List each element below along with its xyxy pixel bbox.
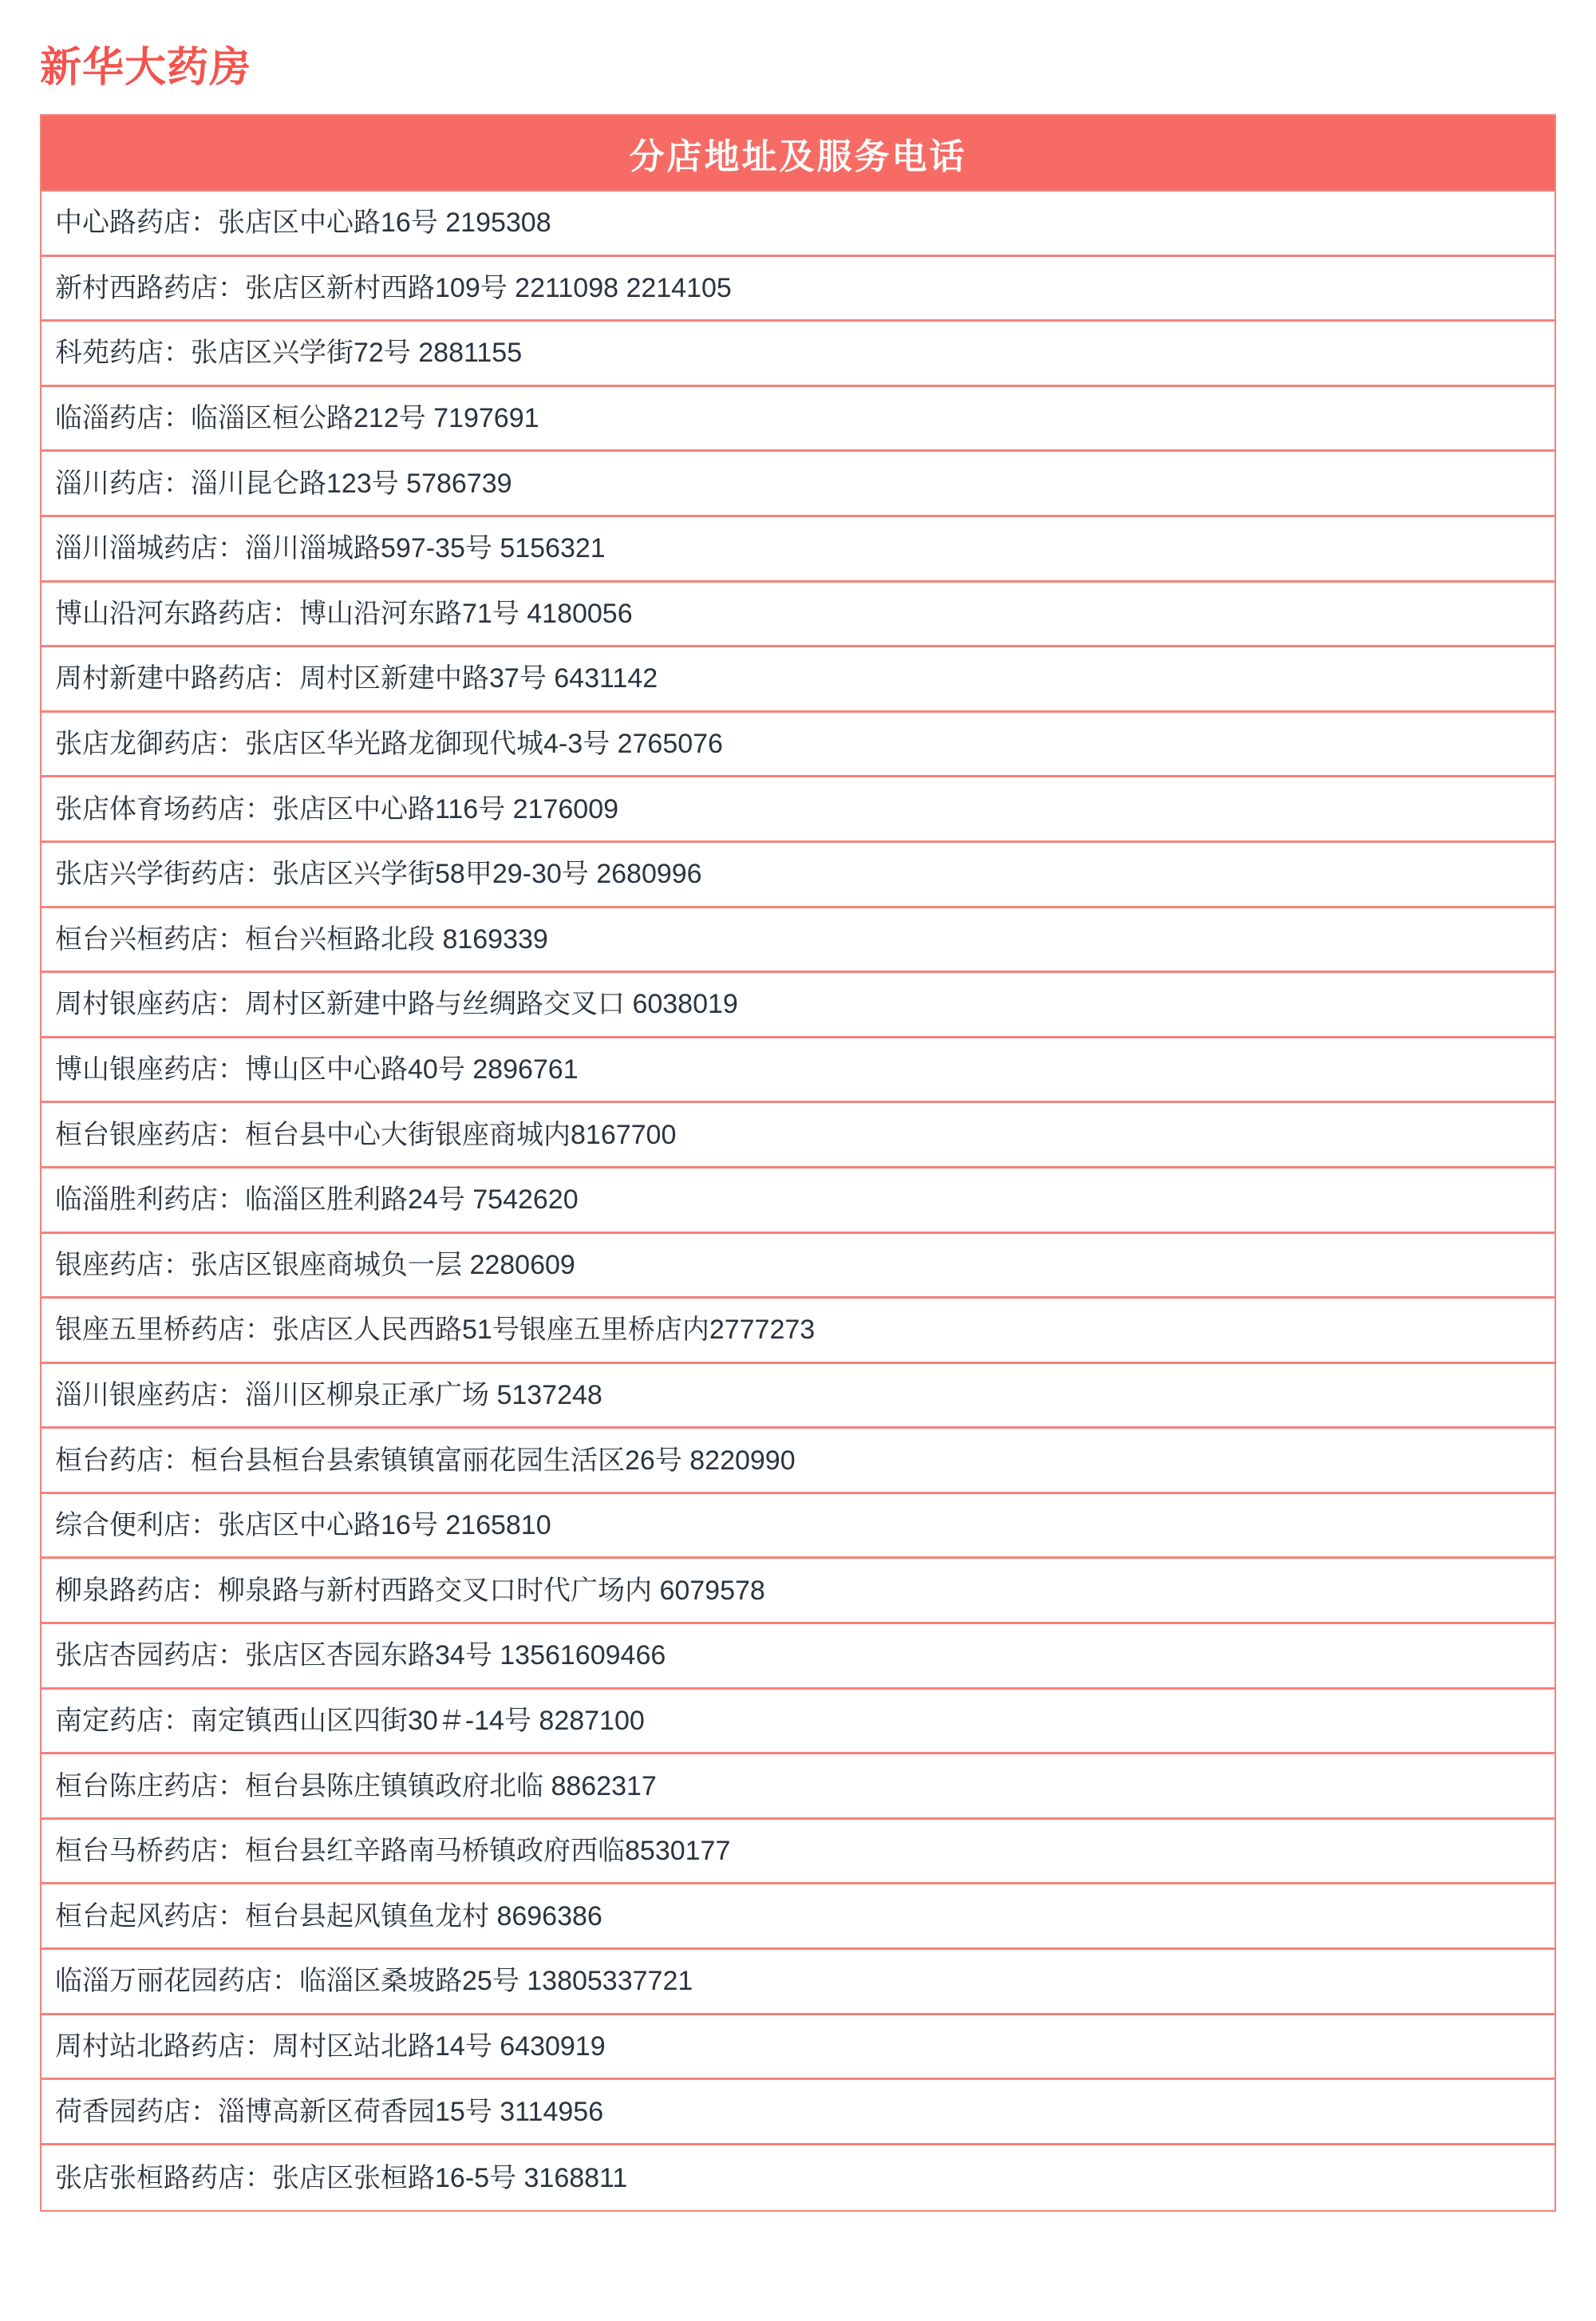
- store-row: 临淄药店：临淄区桓公路212号 7197691: [41, 387, 1555, 453]
- store-row: 周村站北路药店：周村区站北路14号 6430919: [41, 2015, 1555, 2081]
- store-row: 张店兴学街药店：张店区兴学街58甲29-30号 2680996: [41, 843, 1555, 908]
- store-row: 桓台兴桓药店：桓台兴桓路北段 8169339: [41, 908, 1555, 974]
- store-row: 柳泉路药店：柳泉路与新村西路交叉口时代广场内 6079578: [41, 1559, 1555, 1624]
- store-row-text: 淄川银座药店：淄川区柳泉正承广场 5137248: [55, 1378, 602, 1413]
- store-row-text: 桓台起风药店：桓台县起风镇鱼龙村 8696386: [55, 1899, 602, 1934]
- store-row: 博山银座药店：博山区中心路40号 2896761: [41, 1038, 1555, 1104]
- store-row-text: 科苑药店：张店区兴学街72号 2881155: [55, 335, 522, 370]
- store-row: 张店龙御药店：张店区华光路龙御现代城4-3号 2765076: [41, 713, 1555, 778]
- store-row: 周村银座药店：周村区新建中路与丝绸路交叉口 6038019: [41, 973, 1555, 1038]
- store-row: 博山沿河东路药店：博山沿河东路71号 4180056: [41, 583, 1555, 648]
- store-row-text: 银座五里桥药店：张店区人民西路51号银座五里桥店内2777273: [55, 1312, 815, 1347]
- store-row-text: 桓台陈庄药店：桓台县陈庄镇镇政府北临 8862317: [55, 1769, 657, 1804]
- store-row-text: 新村西路药店：张店区新村西路109号 2211098 2214105: [55, 271, 732, 306]
- store-row-text: 桓台药店：桓台县桓台县索镇镇富丽花园生活区26号 8220990: [55, 1443, 796, 1478]
- store-row: 中心路药店：张店区中心路16号 2195308: [41, 192, 1555, 257]
- store-row-text: 张店张桓路药店：张店区张桓路16-5号 3168811: [55, 2161, 627, 2196]
- store-row-text: 淄川药店：淄川昆仑路123号 5786739: [55, 466, 512, 501]
- store-row: 张店体育场药店：张店区中心路116号 2176009: [41, 777, 1555, 843]
- store-row: 银座药店：张店区银座商城负一层 2280609: [41, 1234, 1555, 1299]
- store-row: 荷香园药店：淄博高新区荷香园15号 3114956: [41, 2080, 1555, 2145]
- store-row: 张店张桓路药店：张店区张桓路16-5号 3168811: [41, 2145, 1555, 2211]
- table-header-banner: 分店地址及服务电话: [41, 116, 1555, 192]
- store-row-text: 张店杏园药店：张店区杏园东路34号 13561609466: [55, 1638, 666, 1673]
- store-row-text: 淄川淄城药店：淄川淄城路597-35号 5156321: [55, 531, 606, 566]
- store-row: 临淄万丽花园药店：临淄区桑坡路25号 13805337721: [41, 1950, 1555, 2015]
- store-row-text: 柳泉路药店：柳泉路与新村西路交叉口时代广场内 6079578: [55, 1573, 765, 1608]
- store-row-text: 临淄胜利药店：临淄区胜利路24号 7542620: [55, 1182, 579, 1217]
- store-row: 新村西路药店：张店区新村西路109号 2211098 2214105: [41, 257, 1555, 322]
- store-row-text: 桓台兴桓药店：桓台兴桓路北段 8169339: [55, 922, 548, 957]
- store-row: 周村新建中路药店：周村区新建中路37号 6431142: [41, 647, 1555, 713]
- store-row: 桓台起风药店：桓台县起风镇鱼龙村 8696386: [41, 1884, 1555, 1950]
- store-row-text: 周村站北路药店：周村区站北路14号 6430919: [55, 2029, 606, 2064]
- store-row-text: 临淄万丽花园药店：临淄区桑坡路25号 13805337721: [55, 1963, 693, 1999]
- store-row-text: 临淄药店：临淄区桓公路212号 7197691: [55, 401, 539, 436]
- table-header-title: 分店地址及服务电话: [630, 128, 967, 179]
- store-row-text: 荷香园药店：淄博高新区荷香园15号 3114956: [55, 2094, 603, 2129]
- store-row-text: 张店龙御药店：张店区华光路龙御现代城4-3号 2765076: [55, 726, 723, 761]
- store-row: 银座五里桥药店：张店区人民西路51号银座五里桥店内2777273: [41, 1299, 1555, 1364]
- store-row: 桓台药店：桓台县桓台县索镇镇富丽花园生活区26号 8220990: [41, 1429, 1555, 1494]
- page-title: 新华大药房: [40, 45, 1556, 90]
- store-row: 淄川银座药店：淄川区柳泉正承广场 5137248: [41, 1364, 1555, 1429]
- store-row: 张店杏园药店：张店区杏园东路34号 13561609466: [41, 1624, 1555, 1690]
- store-row: 淄川淄城药店：淄川淄城路597-35号 5156321: [41, 517, 1555, 583]
- store-row-text: 桓台马桥药店：桓台县红辛路南马桥镇政府西临8530177: [55, 1833, 730, 1868]
- store-row-text: 周村新建中路药店：周村区新建中路37号 6431142: [55, 661, 658, 696]
- store-row: 桓台银座药店：桓台县中心大街银座商城内8167700: [41, 1103, 1555, 1168]
- store-row-text: 周村银座药店：周村区新建中路与丝绸路交叉口 6038019: [55, 987, 738, 1022]
- store-row-text: 中心路药店：张店区中心路16号 2195308: [55, 205, 551, 240]
- store-row-text: 张店兴学街药店：张店区兴学街58甲29-30号 2680996: [55, 856, 702, 892]
- store-row: 科苑药店：张店区兴学街72号 2881155: [41, 322, 1555, 387]
- store-row: 南定药店：南定镇西山区四街30＃-14号 8287100: [41, 1690, 1555, 1755]
- store-row-text: 博山银座药店：博山区中心路40号 2896761: [55, 1052, 579, 1087]
- store-row-text: 博山沿河东路药店：博山沿河东路71号 4180056: [55, 596, 633, 631]
- store-row: 桓台陈庄药店：桓台县陈庄镇镇政府北临 8862317: [41, 1754, 1555, 1820]
- store-row: 桓台马桥药店：桓台县红辛路南马桥镇政府西临8530177: [41, 1820, 1555, 1885]
- store-row-text: 南定药店：南定镇西山区四街30＃-14号 8287100: [55, 1703, 645, 1738]
- store-row: 临淄胜利药店：临淄区胜利路24号 7542620: [41, 1168, 1555, 1234]
- store-row-text: 综合便利店：张店区中心路16号 2165810: [55, 1508, 551, 1543]
- store-row-text: 银座药店：张店区银座商城负一层 2280609: [55, 1247, 575, 1283]
- store-row: 淄川药店：淄川昆仑路123号 5786739: [41, 452, 1555, 517]
- store-row: 综合便利店：张店区中心路16号 2165810: [41, 1494, 1555, 1560]
- store-row-text: 张店体育场药店：张店区中心路116号 2176009: [55, 792, 618, 827]
- branch-address-table: 分店地址及服务电话 中心路药店：张店区中心路16号 2195308 新村西路药店…: [40, 114, 1556, 2212]
- store-row-list: 中心路药店：张店区中心路16号 2195308 新村西路药店：张店区新村西路10…: [41, 192, 1555, 2210]
- page: 新华大药房 分店地址及服务电话 中心路药店：张店区中心路16号 2195308 …: [0, 0, 1596, 2212]
- store-row-text: 桓台银座药店：桓台县中心大街银座商城内8167700: [55, 1117, 676, 1153]
